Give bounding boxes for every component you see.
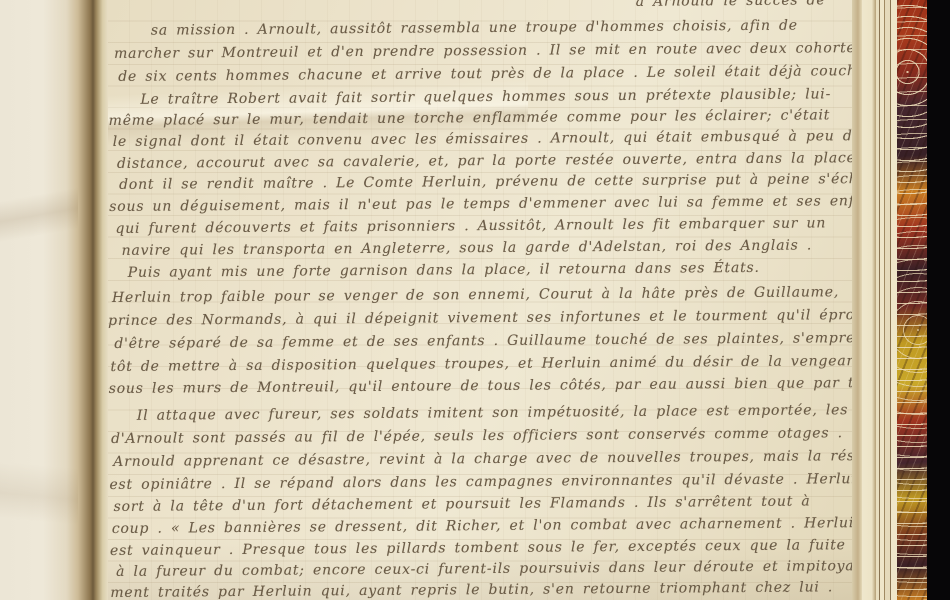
manuscript-line: sort à la tête d'un fort détachement et … [114, 493, 811, 514]
manuscript-line: sous un déguisement, mais il n'eut pas l… [109, 193, 870, 215]
manuscript-line: le signal dont il était convenu avec les… [113, 128, 862, 150]
manuscript-line: d'être séparé de sa femme et de ses enfa… [114, 330, 870, 352]
manuscript-line: d'Arnoult sont passés au fil de l'épée, … [111, 425, 843, 447]
black-background [927, 0, 950, 600]
manuscript-line: distance, accourut avec sa cavalerie, et… [117, 150, 856, 172]
manuscript-line: navire qui les transporta en Angleterre,… [122, 237, 813, 258]
manuscript-line: tôt de mettre à sa disposition quelques … [110, 353, 870, 375]
manuscript-line: ment traités par Herluin qui, ayant repr… [110, 579, 833, 600]
manuscript-line: Il attaque avec fureur, ses soldats imit… [137, 402, 870, 424]
manuscript-line: Herluin trop faible pour se venger de so… [112, 284, 839, 306]
manuscript-line: à Arnould le succès de [636, 0, 826, 10]
manuscript-line: Le traître Robert avait fait sortir quel… [140, 86, 831, 107]
manuscript-line: est opiniâtre . Il se répand alors dans … [109, 471, 866, 493]
page-block-edge [862, 0, 876, 600]
page-crease [0, 170, 78, 260]
photo-of-open-book: à Arnould le succès desa mission . Arnou… [0, 0, 950, 600]
manuscript-line: à la fureur du combat; encore ceux-ci fu… [116, 558, 870, 580]
page-block-edge-lines [876, 0, 897, 600]
manuscript-line: même placé sur le mur, tendait une torch… [109, 107, 831, 129]
manuscript-line: sa mission . Arnoult, aussitôt rassembla… [151, 18, 798, 39]
manuscript-line: dont il se rendit maître . Le Comte Herl… [119, 171, 870, 193]
marbled-cover-edge [897, 0, 927, 600]
manuscript-line: de six cents hommes chacune et arrive to… [118, 63, 870, 85]
manuscript-line: sous les murs de Montreuil, qu'il entour… [109, 375, 870, 397]
manuscript-text: à Arnould le succès desa mission . Arnou… [108, 0, 870, 600]
manuscript-line: qui furent découverts et faits prisonnie… [115, 215, 826, 237]
manuscript-page: à Arnould le succès desa mission . Arnou… [108, 0, 870, 600]
manuscript-line: prince des Normands, à qui il dépeignit … [108, 307, 870, 329]
blank-facing-page [0, 0, 78, 600]
book-gutter-shadow [78, 0, 108, 600]
page-block-edge [852, 0, 862, 600]
manuscript-line: est vainqueur . Presque tous les pillard… [110, 537, 870, 559]
manuscript-line: Puis ayant mis une forte garnison dans l… [128, 260, 760, 281]
manuscript-line: Arnould apprenant ce désastre, revint à … [113, 448, 870, 470]
manuscript-line: marcher sur Montreuil et d'en prendre po… [114, 40, 864, 62]
manuscript-line: coup . « Les bannières se dressent, dit … [112, 515, 864, 537]
page-crease [0, 430, 78, 550]
